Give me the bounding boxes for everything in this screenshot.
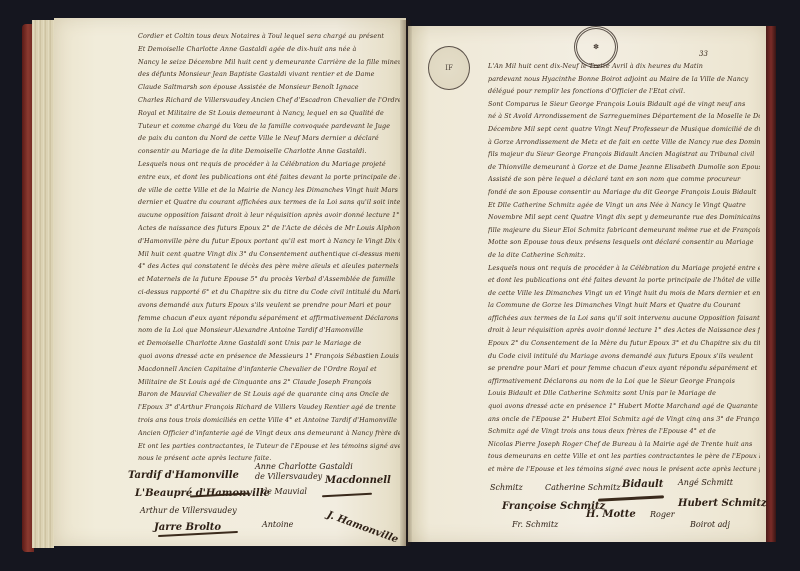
signature: H. Motte [586, 509, 636, 520]
handwritten-line: ans oncle de l'Epouse 2° Hubert Eloi Sch… [488, 413, 760, 426]
handwritten-line: consentir au Mariage de la dite Demoisel… [138, 145, 400, 158]
handwritten-line: Royal et Militaire de St Louis demeurant… [138, 107, 400, 120]
handwritten-line: Macdonnell Ancien Capitaine d'infanterie… [138, 363, 400, 376]
handwritten-line: Lesquels nous ont requis de procéder à l… [488, 262, 760, 275]
handwritten-line: nom de la Loi que Monsieur Alexandre Ant… [138, 324, 400, 337]
handwritten-line: affichées aux termes de la Loi sans qu'i… [488, 312, 760, 325]
handwritten-line: Nicolas Pierre Joseph Roger Chef de Bure… [488, 438, 760, 451]
handwritten-line: de cette Ville les Dimanches Vingt un et… [488, 287, 760, 300]
handwritten-line: droit à leur réquisition après avoir don… [488, 324, 760, 337]
handwritten-line: la Commune de Gorze les Dimanches Vingt … [488, 299, 760, 312]
handwritten-line: Ancien Officier d'infanterie agé de Ving… [138, 427, 400, 440]
handwritten-line: et dont les publications ont été faites … [488, 274, 760, 287]
handwritten-line: dernier et Quatre du courant affichées a… [138, 196, 400, 209]
handwritten-line: entre eux, et dont les publications ont … [138, 171, 400, 184]
handwritten-line: Mil huit cent quatre Vingt dix 3° du Con… [138, 248, 400, 261]
handwritten-line: Sont Comparus le Sieur George François L… [488, 98, 760, 111]
handwritten-line: Tuteur et comme chargé du Vœu de la fami… [138, 120, 400, 133]
handwritten-line: et mère de l'Epouse et les témoins signé… [488, 463, 760, 476]
handwritten-line: du Code civil intitulé du Mariage avons … [488, 350, 760, 363]
handwritten-line: l'Epoux 3° d'Arthur François Richard de … [138, 401, 400, 414]
handwritten-line: Assisté de son père lequel a déclaré tan… [488, 173, 760, 186]
signature: Bidault [622, 479, 663, 490]
signature: Tardif d'Hamonville [128, 470, 239, 481]
seal-label: ✽ [593, 43, 599, 51]
signature: Hubert Schmitz [678, 498, 767, 509]
handwritten-line: des défunts Monsieur Jean Baptiste Gasta… [138, 68, 400, 81]
signature: Roger [650, 510, 675, 519]
signature: Fr. Schmitz [512, 520, 558, 529]
handwritten-line: de la dite Catherine Schmitz. [488, 249, 760, 262]
handwritten-line: délégué pour remplir les fonctions d'Off… [488, 85, 760, 98]
handwritten-line: affirmativement Déclarons au nom de la L… [488, 375, 760, 388]
handwritten-line: Nancy le seize Décembre Mil huit cent y … [138, 56, 400, 69]
handwritten-line: Charles Richard de Villersvaudey Ancien … [138, 94, 400, 107]
handwritten-line: Baron de Mauvial Chevalier de St Louis a… [138, 388, 400, 401]
signature: de Mauvial [262, 487, 307, 496]
book-gutter [400, 20, 412, 546]
handwritten-line: se prendre pour Mari et pour femme chacu… [488, 362, 760, 375]
handwritten-line: de ville de cette Ville et de la Mairie … [138, 184, 400, 197]
handwritten-line: Lesquels nous ont requis de procéder à l… [138, 158, 400, 171]
handwritten-line: Actes de naissance des futurs Epoux 2° d… [138, 222, 400, 235]
handwritten-line: Claude Saltmarsh son épouse Assistée de … [138, 81, 400, 94]
handwritten-line: avons demandé aux futurs Epoux s'ils veu… [138, 299, 400, 312]
stamp-label: IF [445, 64, 453, 72]
handwritten-line: Cordier et Coltin tous deux Notaires à T… [138, 30, 400, 43]
handwritten-line: Décembre Mil sept cent quatre Vingt Neuf… [488, 123, 760, 136]
book-cover-right-edge [766, 26, 776, 542]
signature: Angé Schmitt [678, 478, 733, 487]
page-number: 33 [699, 50, 708, 58]
signature: Boirot adj [690, 520, 730, 529]
handwritten-line: Epoux 2° du Consentement de la Mère du f… [488, 337, 760, 350]
handwritten-line: 4° des Actes qui constatent le décès des… [138, 260, 400, 273]
handwritten-line: fondé de son Epouse consentir au Mariage… [488, 186, 760, 199]
signature: Antoine [262, 520, 293, 529]
handwritten-line: femme chacun d'eux ayant répondu séparém… [138, 312, 400, 325]
handwritten-line: L'An Mil huit cent dix-Neuf le Treize Av… [488, 60, 760, 73]
handwritten-line: Militaire de St Louis agé de Cinquante a… [138, 376, 400, 389]
handwritten-line: Et ont les parties contractantes, le Tut… [138, 440, 400, 453]
handwritten-line: Schmitz agé de Vingt trois ans tous deux… [488, 425, 760, 438]
handwritten-line: d'Hamonville père du futur Epoux portant… [138, 235, 400, 248]
handwritten-line: aucune opposition faisant droit à leur r… [138, 209, 400, 222]
signature: Schmitz [490, 483, 523, 492]
allegorical-figure-stamp-icon: IF [428, 46, 470, 90]
handwritten-line: trois ans tous trois domiciliés en cette… [138, 414, 400, 427]
handwritten-line: Et Demoiselle Charlotte Anne Gastaldi ag… [138, 43, 400, 56]
signature: Macdonnell [325, 475, 391, 486]
handwritten-line: tous demeurans en cette Ville et ont les… [488, 450, 760, 463]
page-stack-edges [32, 20, 54, 548]
signature: Catherine Schmitz [545, 483, 621, 492]
handwritten-line: quoi avons dressé acte en présence de Me… [138, 350, 400, 363]
handwritten-line: pardevant nous Hyacinthe Bonne Boirot ad… [488, 73, 760, 86]
handwritten-line: et Maternels de la future Epouse 5° du p… [138, 273, 400, 286]
handwritten-line: Et Dlle Catherine Schmitz agée de Vingt … [488, 199, 760, 212]
handwritten-line: né à St Avold Arrondissement de Sarregue… [488, 110, 760, 123]
handwritten-line: Novembre Mil sept cent Quatre Vingt dix … [488, 211, 760, 224]
handwritten-line: quoi avons dressé acte en présence 1° Hu… [488, 400, 760, 413]
signature: Arthur de Villersvaudey [140, 506, 237, 515]
handwritten-line: de Thionville demeurant à Gorze et de Da… [488, 161, 760, 174]
signature: de Villersvaudey [255, 472, 322, 481]
handwritten-line: Louis Bidault et Dlle Catherine Schmitz … [488, 387, 760, 400]
handwritten-line: de paix du canton du Nord de cette Ville… [138, 132, 400, 145]
handwritten-line: ci-dessus rapporté 6° et du Chapitre six… [138, 286, 400, 299]
handwritten-line: à Gorze Arrondissement de Metz et de fai… [488, 136, 760, 149]
handwritten-line: et Demoiselle Charlotte Anne Gastaldi so… [138, 337, 400, 350]
handwritten-line: fille majeure du Sieur Eloi Schmitz fabr… [488, 224, 760, 237]
signature: Anne Charlotte Gastaldi [255, 462, 353, 471]
handwritten-line: fils majeur du Sieur George François Bid… [488, 148, 760, 161]
left-page-text: Cordier et Coltin tous deux Notaires à T… [138, 30, 400, 465]
handwritten-line: Motte son Epouse tous deux présens lesqu… [488, 236, 760, 249]
right-page-text: L'An Mil huit cent dix-Neuf le Treize Av… [488, 60, 760, 476]
